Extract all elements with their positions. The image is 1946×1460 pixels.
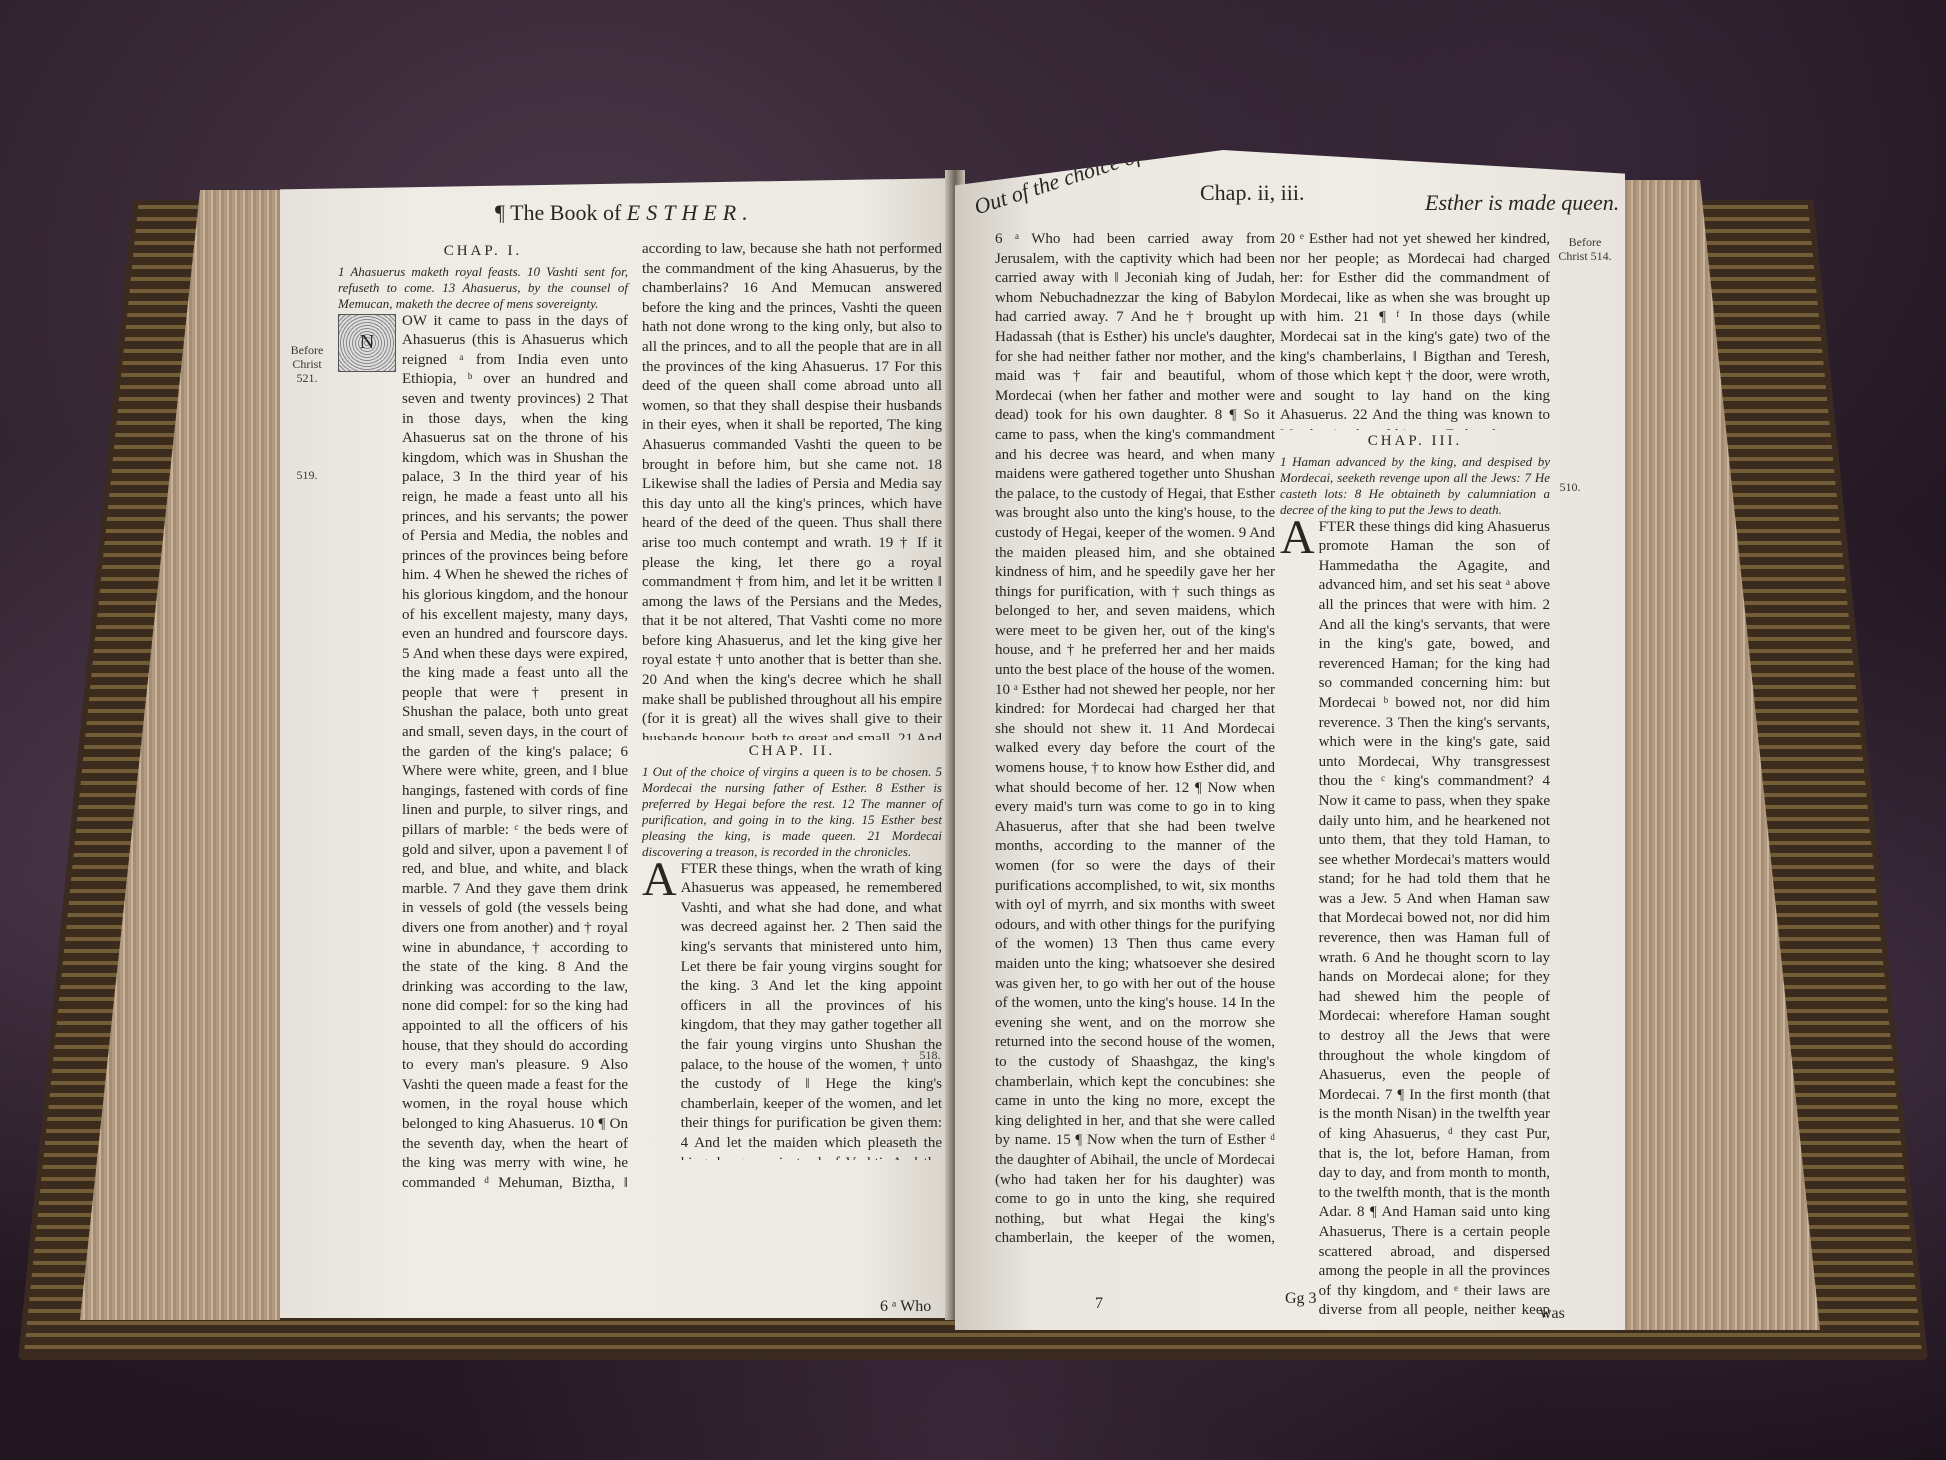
chapter-summary: 1 Haman advanced by the king, and despis… <box>1280 454 1550 518</box>
body-text: 6 ᵃ Who had been carried away from Jerus… <box>995 230 1275 1250</box>
initial-letter: A <box>642 860 677 900</box>
initial-letter: A <box>1280 518 1315 558</box>
running-title-text: ¶ The Book of <box>495 200 627 225</box>
chapter-heading: CHAP. I. <box>338 242 628 262</box>
dropcap-letter: N <box>360 333 374 353</box>
running-title-center: Chap. ii, iii. <box>1200 180 1305 206</box>
body-text: 20 ᵉ Esther had not yet shewed her kindr… <box>1280 230 1550 430</box>
catchword: was <box>1540 1305 1565 1323</box>
body-text: OW it came to pass in the days of Ahasue… <box>402 312 628 1192</box>
chapter-summary: 1 Ahasuerus maketh royal feasts. 10 Vash… <box>338 264 628 312</box>
margin-year-mid: 519. <box>282 468 332 482</box>
body-text: FTER these things, when the wrath of kin… <box>681 860 942 1160</box>
body-text: FTER these things did king Ahasuerus pro… <box>1319 518 1550 1318</box>
margin-year: 521. <box>282 371 332 385</box>
running-title: ¶ The Book of ESTHER. <box>495 200 754 226</box>
right-page: Out of the choice of virgins, Chap. ii, … <box>955 150 1625 1330</box>
catchword: 6 ᵃ Who <box>880 1298 931 1316</box>
signature-mark: Gg 3 <box>1285 1290 1317 1308</box>
before-christ-label: Before Christ 514. <box>1555 235 1615 263</box>
page-number: 7 <box>1095 1295 1103 1313</box>
right-column-1: 6 ᵃ Who had been carried away from Jerus… <box>995 230 1275 1250</box>
chapter-heading: CHAP. III. <box>1280 432 1550 452</box>
margin-date-top: Before Christ 521. <box>282 343 332 385</box>
left-column-1: CHAP. I. 1 Ahasuerus maketh royal feasts… <box>338 240 628 1192</box>
running-title-right: Esther is made queen. <box>1425 190 1619 216</box>
right-column-2: 20 ᵉ Esther had not yet shewed her kindr… <box>1280 230 1550 1318</box>
chapter-summary: 1 Out of the choice of virgins a queen i… <box>642 764 942 860</box>
body-text: according to law, because she hath not p… <box>642 240 942 740</box>
margin-year: 510. <box>1545 480 1595 494</box>
left-column-2: according to law, because she hath not p… <box>642 240 942 1160</box>
before-christ-label: Before Christ <box>282 343 332 371</box>
margin-year: 518. <box>910 1048 950 1062</box>
ornamental-dropcap: N <box>338 314 396 372</box>
running-title-book: ESTHER. <box>627 200 754 225</box>
left-page: ¶ The Book of ESTHER. Before Christ 521.… <box>280 178 960 1318</box>
chapter-heading: CHAP. II. <box>642 742 942 762</box>
